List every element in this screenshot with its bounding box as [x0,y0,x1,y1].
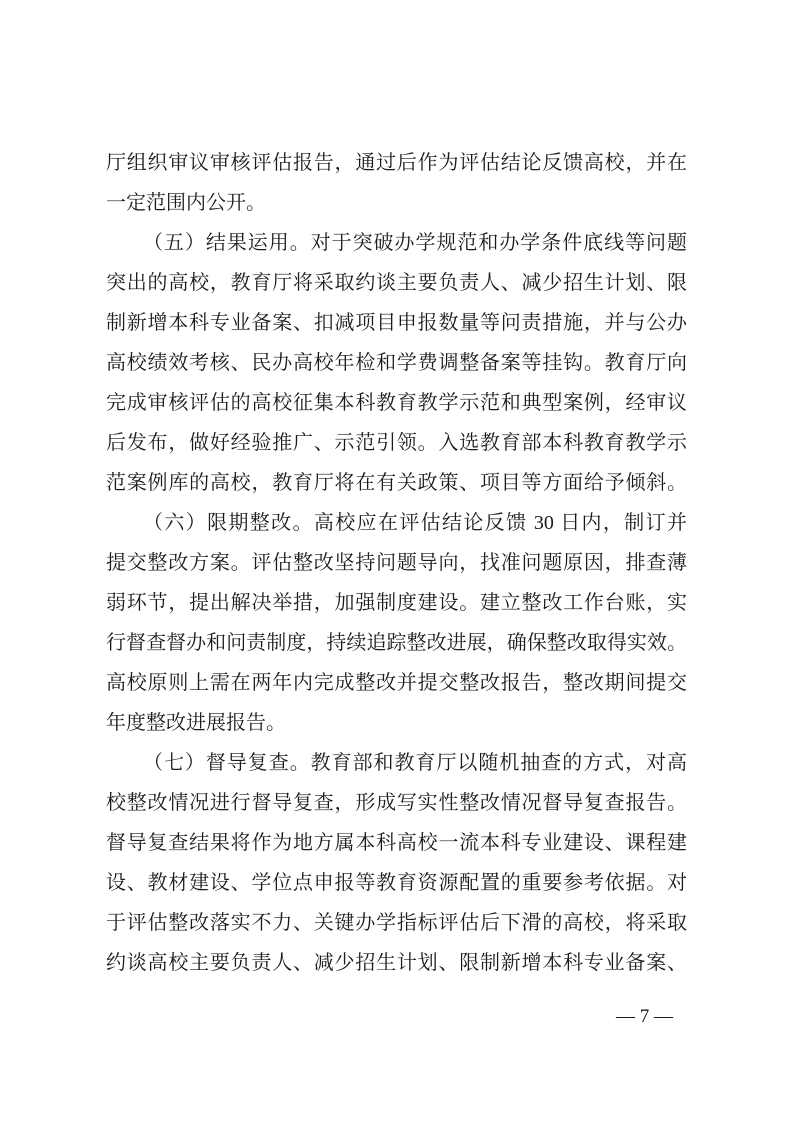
text-line: 提交整改方案。评估整改坚持问题导向，找准问题原因，排查薄 [106,543,687,583]
para-section-7-supervision-review: （七）督导复查。教育部和教育厅以随机抽查的方式，对高校整改情况进行督导复查，形成… [106,743,687,983]
para-section-5-result-application: （五）结果运用。对于突破办学规范和办学条件底线等问题突出的高校，教育厅将采取约谈… [106,223,687,503]
text-line: 制新增本科专业备案、扣减项目申报数量等问责措施，并与公办 [106,303,687,343]
text-line: 范案例库的高校，教育厅将在有关政策、项目等方面给予倾斜。 [106,463,687,503]
document-body: 厅组织审议审核评估报告，通过后作为评估结论反馈高校，并在一定范围内公开。（五）结… [106,143,687,983]
text-line: 督导复查结果将作为地方属本科高校一流本科专业建设、课程建 [106,823,687,863]
text-line: 高校绩效考核、民办高校年检和学费调整备案等挂钩。教育厅向 [106,343,687,383]
text-line: 于评估整改落实不力、关键办学指标评估后下滑的高校，将采取 [106,903,687,943]
text-line: 约谈高校主要负责人、减少招生计划、限制新增本科专业备案、 [106,943,687,983]
scanned-document-page: { "document": { "kind": "official-notice… [0,0,793,1122]
text-line: 年度整改进展报告。 [106,703,687,743]
text-line: 完成审核评估的高校征集本科教育教学示范和典型案例，经审议 [106,383,687,423]
text-line: 后发布，做好经验推广、示范引领。入选教育部本科教育教学示 [106,423,687,463]
text-line: 高校原则上需在两年内完成整改并提交整改报告，整改期间提交 [106,663,687,703]
text-line: 厅组织审议审核评估报告，通过后作为评估结论反馈高校，并在 [106,143,687,183]
text-line: 弱环节，提出解决举措，加强制度建设。建立整改工作台账，实 [106,583,687,623]
para-section-6-rectification-deadline: （六）限期整改。高校应在评估结论反馈 30 日内，制订并提交整改方案。评估整改坚… [106,503,687,743]
text-line: 行督查督办和问责制度，持续追踪整改进展，确保整改取得实效。 [106,623,687,663]
text-line: 突出的高校，教育厅将采取约谈主要负责人、减少招生计划、限 [106,263,687,303]
para-continuation: 厅组织审议审核评估报告，通过后作为评估结论反馈高校，并在一定范围内公开。 [106,143,687,223]
document-page: 厅组织审议审核评估报告，通过后作为评估结论反馈高校，并在一定范围内公开。（五）结… [0,0,793,1122]
text-line: （六）限期整改。高校应在评估结论反馈 30 日内，制订并 [106,503,687,543]
text-line: 校整改情况进行督导复查，形成写实性整改情况督导复查报告。 [106,783,687,823]
text-line: 一定范围内公开。 [106,183,687,223]
page-number: — 7 — [616,1002,673,1032]
text-line: （七）督导复查。教育部和教育厅以随机抽查的方式，对高 [106,743,687,783]
text-line: 设、教材建设、学位点申报等教育资源配置的重要参考依据。对 [106,863,687,903]
text-line: （五）结果运用。对于突破办学规范和办学条件底线等问题 [106,223,687,263]
